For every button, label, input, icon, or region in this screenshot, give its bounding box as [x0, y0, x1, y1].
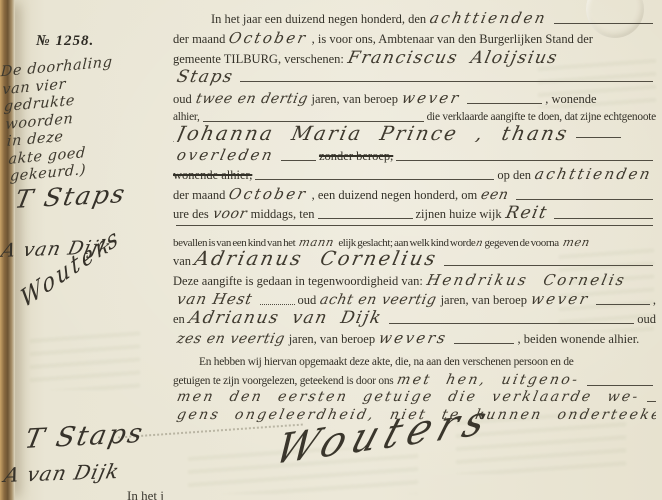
printed-text: middags, ten: [251, 206, 315, 223]
line-month-officer: der maand October , is voor ons, Ambtena…: [173, 30, 656, 48]
fill-rule: [587, 384, 653, 386]
line-witness1-details: van Hest oud acht en veertig jaren, van …: [173, 291, 656, 309]
printed-text: Deze aangifte is gedaan in tegenwoordigh…: [173, 273, 423, 290]
line-residence-declaration: alhier, die verklaarde aangifte te doen,…: [173, 109, 656, 126]
printed-text: op den: [497, 167, 531, 184]
hw-declarant-surname: Staps: [173, 69, 239, 86]
line-age-occupation: oud twee en dertig jaren, van beroep wev…: [173, 90, 656, 108]
line-blank-rule: [173, 224, 656, 230]
line-year-day: In het jaar een duizend negen honderd, d…: [173, 10, 656, 28]
printed-text: , is voor ons, Ambtenaar van den Burgerl…: [312, 31, 593, 48]
fill-rule: [203, 120, 424, 122]
fill-rule: [396, 159, 653, 161]
next-act-fragment: In het j: [127, 488, 164, 500]
hw-witness2-name: Adrianus van Dijk: [183, 310, 387, 327]
hw-witness1-surname: van Hest: [173, 291, 258, 308]
line-child-name: van Adrianus Cornelius: [173, 250, 656, 270]
fill-rule: [454, 342, 514, 344]
fill-rule: [255, 178, 494, 180]
ink-bleed-texture: [30, 330, 140, 390]
fill-rule: [554, 217, 653, 219]
printed-text: ,: [653, 292, 656, 309]
hw-birth-day: achttienden: [529, 166, 656, 183]
line-closing-3: men den eersten getuige die verklaarde w…: [173, 389, 656, 406]
line-birth-day: wonende alhier, op den achttienden: [173, 166, 656, 184]
printed-text: zijnen huize wijk: [416, 206, 502, 223]
line-declarant-surname: Staps: [173, 69, 656, 86]
fill-rule: [647, 400, 656, 402]
pencil-dotted-mark: [118, 424, 303, 439]
fill-rule: [576, 136, 621, 138]
printed-text: der maand: [173, 31, 225, 48]
hw-child-name: Adrianus Cornelius: [189, 250, 443, 267]
printed-text: van: [173, 253, 191, 270]
printed-text: der maand: [173, 187, 225, 204]
fill-rule: [444, 264, 653, 266]
hw-birth-month: October: [224, 186, 314, 203]
printed-text: alhier,: [173, 109, 200, 126]
margin-signature-declarant: T Staps: [13, 179, 130, 214]
hw-district-entry: Reit: [500, 205, 553, 222]
fill-rule: [554, 22, 653, 24]
signature-declarant: T Staps: [22, 418, 147, 455]
act-number: № 1258.: [36, 33, 94, 50]
printed-text-struck: zonder beroep,: [319, 148, 393, 165]
fill-rule: [467, 102, 542, 104]
printed-text: En hebben wij hiervan opgemaakt deze akt…: [199, 354, 574, 371]
printed-text: jaren, van beroep: [312, 91, 398, 108]
printed-text: oud: [298, 292, 317, 309]
printed-text: jaren, van beroep: [441, 292, 527, 309]
line-birth-place: ure des voor middags, ten zijnen huize w…: [173, 205, 656, 223]
fill-rule: [260, 303, 295, 305]
hw-declarant-occupation: wever: [396, 90, 466, 107]
line-closing-1: En hebben wij hiervan opgemaakt deze akt…: [173, 354, 656, 371]
hw-witness1-occupation: wever: [525, 291, 595, 308]
line-mother-name: Johanna Maria Prince , thans: [173, 125, 656, 142]
hw-suffix-correction: men: [557, 234, 596, 251]
hw-declarant-age: twee en dertig: [190, 91, 313, 108]
printed-text: ure des: [173, 206, 209, 223]
line-witness2-name: en Adrianus van Dijk oud: [173, 310, 656, 328]
fill-rule: [318, 217, 413, 219]
margin-annotation: De doorhaling van vier gedrukte woorden …: [0, 50, 170, 186]
line-witness2-details: zes en veertig jaren, van beroep wevers …: [173, 330, 656, 348]
fill-rule: [240, 80, 653, 82]
hw-witness2-age: zes en veertig: [173, 331, 290, 348]
printed-text: gemeente TILBURG, verschenen:: [173, 51, 344, 68]
printed-text: getuigen te zijn voorgelezen, geteekend …: [173, 373, 393, 390]
line-witness1-name: Deze aangifte is gedaan in tegenwoordigh…: [173, 272, 656, 290]
printed-text: , wonende: [545, 91, 596, 108]
line-mother-status: overleden zonder beroep,: [173, 147, 656, 165]
printed-text: oud: [637, 311, 656, 328]
hw-gender-entry: mann: [294, 234, 341, 251]
hw-witness1-firstnames: Hendrikus Cornelis: [421, 272, 632, 289]
line-birth-month-hour: der maand October , een duizend negen ho…: [173, 186, 656, 204]
hw-birth-hour: een: [475, 187, 514, 204]
fill-rule: [281, 159, 316, 161]
hw-declarant-firstnames: Franciscus Aloijsius: [342, 50, 563, 67]
hw-witness1-age: acht en veertig: [314, 292, 442, 309]
hw-mother-status: overleden: [173, 147, 280, 164]
printed-text-struck: wonende alhier,: [173, 167, 252, 184]
printed-text: oud: [173, 91, 192, 108]
printed-text: die verklaarde aangifte te doen, dat zij…: [427, 109, 656, 126]
birth-certificate-scan: № 1258. De doorhaling van vier gedrukte …: [0, 0, 662, 500]
margin-signature-registrar: Wouters: [18, 222, 123, 314]
hw-mother-name: Johanna Maria Prince , thans: [173, 125, 575, 142]
hw-closing-clause: met hen, uitgeno-: [392, 372, 586, 389]
fill-rule: [389, 322, 635, 324]
fill-rule: [176, 224, 653, 226]
hw-closing-clause: men den eersten getuige die verklaarde w…: [173, 389, 645, 406]
hw-day-entry: achttienden: [424, 10, 553, 27]
printed-text: In het jaar een duizend negen honderd, d…: [211, 11, 426, 28]
printed-text: jaren, van beroep: [289, 331, 375, 348]
printed-text: , een duizend negen honderd, om: [312, 187, 478, 204]
signature-witness: A van Dijk: [2, 459, 122, 487]
fill-rule: [596, 303, 650, 305]
hw-witness2-occupation: wevers: [373, 330, 453, 347]
hw-month-entry: October: [224, 30, 314, 47]
line-closing-2: getuigen te zijn voorgelezen, geteekend …: [173, 372, 656, 390]
printed-text: , beiden wonende alhier.: [517, 331, 639, 348]
hw-ampm-entry: voor: [207, 206, 252, 223]
fill-rule: [516, 198, 653, 200]
line-municipality-declarant: gemeente TILBURG, verschenen: Franciscus…: [173, 50, 656, 68]
